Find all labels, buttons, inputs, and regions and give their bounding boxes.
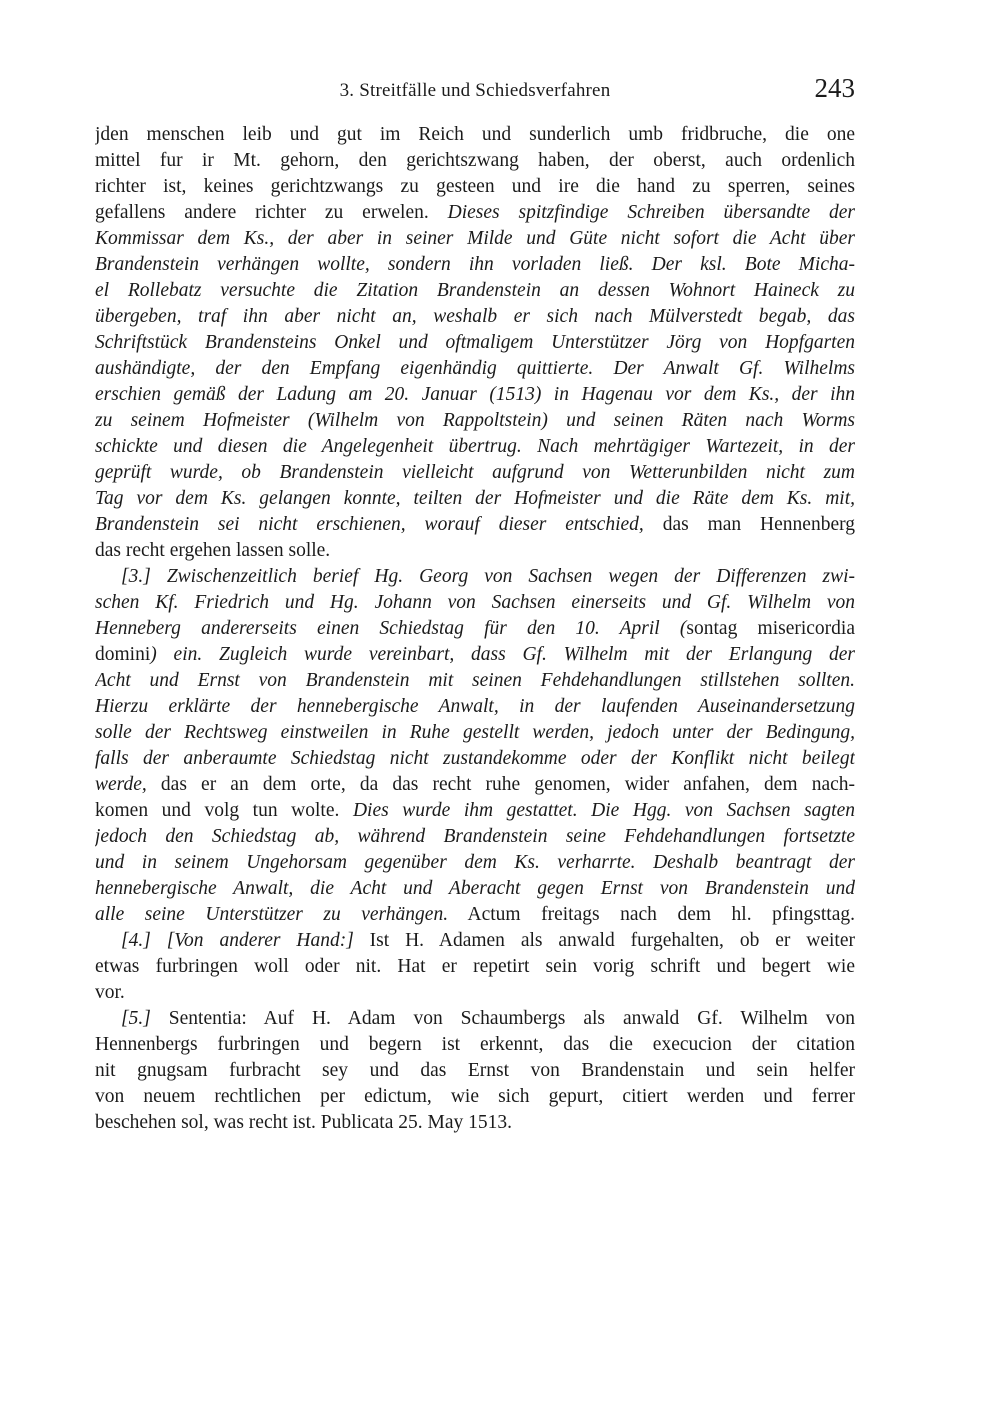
text-line: domini) ein. Zugleich wurde vereinbart, … xyxy=(95,642,855,668)
text-line: übergeben, traf ihn aber nicht an, wesha… xyxy=(95,304,855,330)
roman-text-segment: etwas furbringen woll oder nit. Hat er r… xyxy=(95,956,855,977)
roman-text-segment: vor. xyxy=(95,982,125,1003)
text-line: vor. xyxy=(95,980,855,1006)
body-text: jden menschen leib und gut im Reich und … xyxy=(95,122,855,1136)
paragraph: [4.] [Von anderer Hand:] Ist H. Adamen a… xyxy=(95,928,855,1006)
italic-text-segment: falls der anberaumte Schiedstag nicht zu… xyxy=(95,748,855,769)
text-line: hennebergische Anwalt, die Acht und Aber… xyxy=(95,876,855,902)
text-line: [4.] [Von anderer Hand:] Ist H. Adamen a… xyxy=(95,928,855,954)
roman-text-segment: komen und volg tun wolte. xyxy=(95,800,353,821)
text-line: falls der anberaumte Schiedstag nicht zu… xyxy=(95,746,855,772)
italic-text-segment: [5.] xyxy=(121,1008,151,1029)
roman-text-segment: das man Hennenberg xyxy=(644,514,855,535)
roman-text-segment: Hennenbergs furbringen und begern ist er… xyxy=(95,1034,855,1055)
text-line: gefallens andere richter zu erwelen. Die… xyxy=(95,200,855,226)
paragraph: [3.] Zwischenzeitlich berief Hg. Georg v… xyxy=(95,564,855,928)
text-line: erschien gemäß der Ladung am 20. Januar … xyxy=(95,382,855,408)
text-line: Brandenstein verhängen wollte, sondern i… xyxy=(95,252,855,278)
roman-text-segment: von neuem rechtlichen per edictum, wie s… xyxy=(95,1086,855,1107)
text-line: Schriftstück Brandensteins Onkel und oft… xyxy=(95,330,855,356)
text-line: jedoch den Schiedstag ab, während Brande… xyxy=(95,824,855,850)
text-line: werde, das er an dem orte, da das recht … xyxy=(95,772,855,798)
roman-text-segment: mittel fur ir Mt. gehorn, den gerichtszw… xyxy=(95,150,855,171)
book-page: 3. Streitfälle und Schiedsverfahren 243 … xyxy=(0,0,1004,1418)
text-line: und in seinem Ungehorsam gegenüber dem K… xyxy=(95,850,855,876)
roman-text-segment: richter ist, keines gerichtzwangs zu ges… xyxy=(95,176,855,197)
roman-text-segment: gefallens andere richter zu erwelen. xyxy=(95,202,448,223)
roman-text-segment: das er an dem orte, da das recht ruhe ge… xyxy=(147,774,855,795)
italic-text-segment: schen Kf. Friedrich und Hg. Johann von S… xyxy=(95,592,855,613)
page-number: 243 xyxy=(815,72,856,104)
text-line: el Rollebatz versuchte die Zitation Bran… xyxy=(95,278,855,304)
roman-text-segment: sontag misericordia xyxy=(686,618,855,639)
roman-text-segment: das recht ergehen lassen solle. xyxy=(95,540,330,561)
italic-text-segment: Acht und Ernst von Brandenstein mit sein… xyxy=(95,670,855,691)
text-line: [3.] Zwischenzeitlich berief Hg. Georg v… xyxy=(95,564,855,590)
italic-text-segment: Brandenstein verhängen wollte, sondern i… xyxy=(95,254,855,275)
text-line: richter ist, keines gerichtzwangs zu ges… xyxy=(95,174,855,200)
running-head: 3. Streitfälle und Schiedsverfahren 243 xyxy=(95,78,855,104)
text-line: solle der Rechtsweg einstweilen in Ruhe … xyxy=(95,720,855,746)
text-line: geprüft wurde, ob Brandenstein vielleich… xyxy=(95,460,855,486)
text-line: das recht ergehen lassen solle. xyxy=(95,538,855,564)
paragraph: [5.] Sententia: Auf H. Adam von Schaumbe… xyxy=(95,1006,855,1136)
text-line: Henneberg andererseits einen Schiedstag … xyxy=(95,616,855,642)
italic-text-segment: hennebergische Anwalt, die Acht und Aber… xyxy=(95,878,855,899)
roman-text-segment: Sententia: Auf H. Adam von Schaumbergs a… xyxy=(151,1008,855,1029)
italic-text-segment: [3.] Zwischenzeitlich berief Hg. Georg v… xyxy=(121,566,855,587)
italic-text-segment: Schriftstück Brandensteins Onkel und oft… xyxy=(95,332,855,353)
italic-text-segment: Dies wurde ihm gestattet. Die Hgg. von S… xyxy=(353,800,855,821)
section-heading: 3. Streitfälle und Schiedsverfahren xyxy=(95,78,855,104)
text-line: Brandenstein sei nicht erschienen, worau… xyxy=(95,512,855,538)
text-line: etwas furbringen woll oder nit. Hat er r… xyxy=(95,954,855,980)
roman-text-segment: beschehen sol, was recht ist. Publicata … xyxy=(95,1112,512,1133)
text-line: Tag vor dem Ks. gelangen konnte, teilten… xyxy=(95,486,855,512)
text-line: komen und volg tun wolte. Dies wurde ihm… xyxy=(95,798,855,824)
roman-text-segment: Actum freitags nach dem hl. pfingsttag. xyxy=(448,904,855,925)
text-line: von neuem rechtlichen per edictum, wie s… xyxy=(95,1084,855,1110)
italic-text-segment: Dieses spitzfindige Schreiben übersandte… xyxy=(448,202,855,223)
italic-text-segment: aushändigte, der den Empfang eigenhändig… xyxy=(95,358,855,379)
italic-text-segment: [4.] [Von anderer Hand:] xyxy=(121,930,354,951)
italic-text-segment: Henneberg andererseits einen Schiedstag … xyxy=(95,618,686,639)
text-line: aushändigte, der den Empfang eigenhändig… xyxy=(95,356,855,382)
roman-text-segment: nit gnugsam furbracht sey und das Ernst … xyxy=(95,1060,855,1081)
text-line: mittel fur ir Mt. gehorn, den gerichtszw… xyxy=(95,148,855,174)
italic-text-segment: übergeben, traf ihn aber nicht an, wesha… xyxy=(95,306,855,327)
text-line: jden menschen leib und gut im Reich und … xyxy=(95,122,855,148)
italic-text-segment: Hierzu erklärte der hennebergische Anwal… xyxy=(95,696,855,717)
text-line: Hennenbergs furbringen und begern ist er… xyxy=(95,1032,855,1058)
italic-text-segment: erschien gemäß der Ladung am 20. Januar … xyxy=(95,384,855,405)
text-line: schen Kf. Friedrich und Hg. Johann von S… xyxy=(95,590,855,616)
italic-text-segment: und in seinem Ungehorsam gegenüber dem K… xyxy=(95,852,855,873)
text-line: [5.] Sententia: Auf H. Adam von Schaumbe… xyxy=(95,1006,855,1032)
text-line: beschehen sol, was recht ist. Publicata … xyxy=(95,1110,855,1136)
text-line: Hierzu erklärte der hennebergische Anwal… xyxy=(95,694,855,720)
text-line: schickte und diesen die Angelegenheit üb… xyxy=(95,434,855,460)
roman-text-segment: domini xyxy=(95,644,150,665)
italic-text-segment: ) ein. Zugleich wurde vereinbart, dass G… xyxy=(150,644,855,665)
italic-text-segment: Kommissar dem Ks., der aber in seiner Mi… xyxy=(95,228,855,249)
italic-text-segment: Brandenstein sei nicht erschienen, worau… xyxy=(95,514,644,535)
italic-text-segment: geprüft wurde, ob Brandenstein vielleich… xyxy=(95,462,855,483)
paragraph: jden menschen leib und gut im Reich und … xyxy=(95,122,855,564)
text-line: Kommissar dem Ks., der aber in seiner Mi… xyxy=(95,226,855,252)
roman-text-segment: jden menschen leib und gut im Reich und … xyxy=(95,124,855,145)
text-line: alle seine Unterstützer zu verhängen. Ac… xyxy=(95,902,855,928)
roman-text-segment: Ist H. Adamen als anwald furgehalten, ob… xyxy=(354,930,855,951)
italic-text-segment: alle seine Unterstützer zu verhängen. xyxy=(95,904,448,925)
text-line: Acht und Ernst von Brandenstein mit sein… xyxy=(95,668,855,694)
italic-text-segment: werde, xyxy=(95,774,147,795)
italic-text-segment: zu seinem Hofmeister (Wilhelm von Rappol… xyxy=(95,410,855,431)
italic-text-segment: el Rollebatz versuchte die Zitation Bran… xyxy=(95,280,855,301)
italic-text-segment: solle der Rechtsweg einstweilen in Ruhe … xyxy=(95,722,855,743)
italic-text-segment: jedoch den Schiedstag ab, während Brande… xyxy=(95,826,855,847)
italic-text-segment: Tag vor dem Ks. gelangen konnte, teilten… xyxy=(95,488,855,509)
italic-text-segment: schickte und diesen die Angelegenheit üb… xyxy=(95,436,855,457)
text-line: nit gnugsam furbracht sey und das Ernst … xyxy=(95,1058,855,1084)
text-line: zu seinem Hofmeister (Wilhelm von Rappol… xyxy=(95,408,855,434)
